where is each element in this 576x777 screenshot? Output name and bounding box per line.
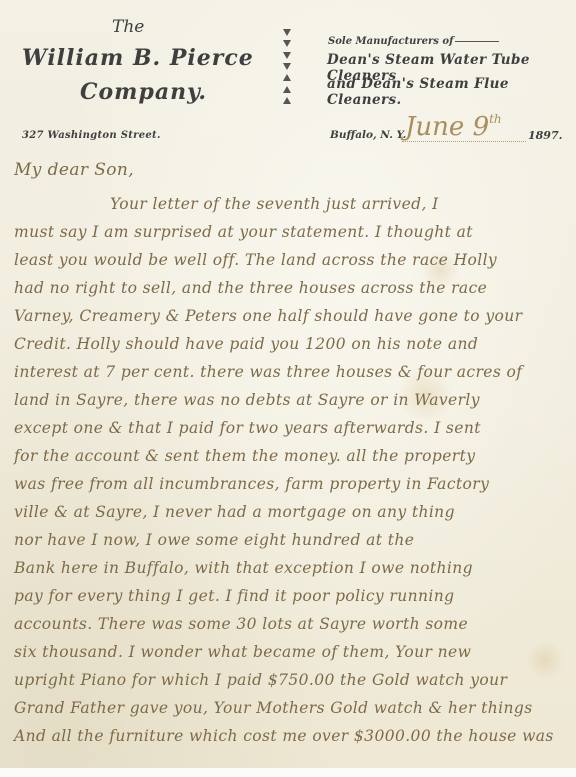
letterhead-address: 327 Washington Street. (22, 130, 161, 141)
letter-line: had no right to sell, and the three hous… (14, 274, 487, 302)
letterhead-the: The (112, 17, 144, 37)
letter-line: six thousand. I wonder what became of th… (14, 638, 471, 666)
paper-stain (525, 640, 565, 680)
handwritten-date: June 9th (405, 112, 502, 142)
letter-line: Your letter of the seventh just arrived,… (110, 190, 439, 218)
letter-line: was free from all incumbrances, farm pro… (14, 470, 489, 498)
letter-line: nor have I now, I owe some eight hundred… (14, 526, 414, 554)
date-text: June 9 (405, 112, 489, 142)
letter-line: Varney, Creamery & Peters one half shoul… (14, 302, 522, 330)
letter-line: pay for every thing I get. I find it poo… (14, 582, 454, 610)
letterhead-place: Buffalo, N. Y. (330, 129, 406, 141)
letter-line: Grand Father gave you, Your Mothers Gold… (14, 694, 533, 722)
letter-line: except one & that I paid for two years a… (14, 414, 481, 442)
letterhead-company-name: William B. Pierce (22, 45, 254, 71)
letter-page: The William B. Pierce Company. 327 Washi… (0, 0, 576, 768)
letterhead-company-suffix: Company. (80, 79, 207, 105)
fleuron-ornament-icon (281, 29, 293, 104)
letter-line: interest at 7 per cent. there was three … (14, 358, 522, 386)
letter-line: And all the furniture which cost me over… (14, 722, 554, 750)
letter-line: ville & at Sayre, I never had a mortgage… (14, 498, 455, 526)
sole-manufacturers-text: Sole Manufacturers of (328, 36, 453, 47)
letter-line: least you would be well off. The land ac… (14, 246, 497, 274)
letter-line: upright Piano for which I paid $750.00 t… (14, 666, 507, 694)
salutation: My dear Son, (14, 160, 134, 180)
letterhead-year: 1897. (528, 129, 562, 142)
letterhead-product-line-2: and Dean's Steam Flue Cleaners. (327, 76, 576, 108)
letter-line: land in Sayre, there was no debts at Say… (14, 386, 480, 414)
letter-line: Bank here in Buffalo, with that exceptio… (14, 554, 473, 582)
letter-line: must say I am surprised at your statemen… (14, 218, 473, 246)
letter-line: accounts. There was some 30 lots at Sayr… (14, 610, 468, 638)
letter-line: for the account & sent them the money. a… (14, 442, 475, 470)
decorative-dash (455, 41, 499, 42)
letterhead-sole-manufacturers: Sole Manufacturers of (328, 36, 499, 47)
letter-line: Credit. Holly should have paid you 1200 … (14, 330, 478, 358)
date-suffix: th (489, 112, 502, 126)
page-bottom-margin (0, 768, 576, 777)
